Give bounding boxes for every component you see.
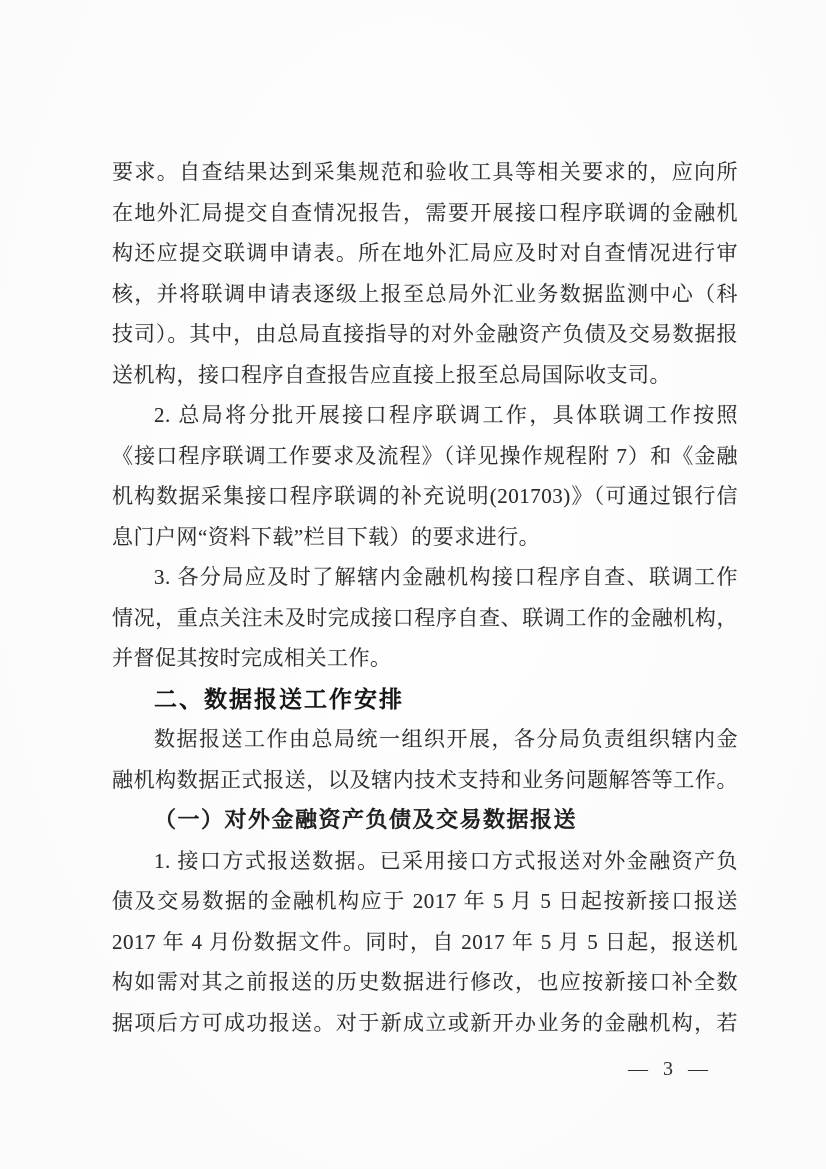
paragraph: 1. 接口方式报送数据。已采用接口方式报送对外金融资产负债及交易数据的金融机构应… (112, 841, 738, 1044)
document-page: 要求。自查结果达到采集规范和验收工具等相关要求的，应向所在地外汇局提交自查情况报… (0, 0, 826, 1169)
text-line: 核，并将联调申请表逐级上报至总局外汇业务数据监测中心（科 (112, 274, 738, 315)
text-line: 1. 接口方式报送数据。已采用接口方式报送对外金融资产负 (112, 841, 738, 882)
text-line: 数据报送工作由总局统一组织开展，各分局负责组织辖内金 (112, 719, 738, 760)
paragraph: 3. 各分局应及时了解辖内金融机构接口程序自查、联调工作情况，重点关注未及时完成… (112, 557, 738, 679)
text-line: 送机构，接口程序自查报告应直接上报至总局国际收支司。 (112, 355, 738, 396)
text-line: 构还应提交联调申请表。所在地外汇局应及时对自查情况进行审 (112, 233, 738, 274)
text-line: 息门户网“资料下载”栏目下载）的要求进行。 (112, 517, 738, 558)
text-line: 2. 总局将分批开展接口程序联调工作，具体联调工作按照 (112, 395, 738, 436)
text-line: 据项后方可成功报送。对于新成立或新开办业务的金融机构，若 (112, 1003, 738, 1044)
text-line: 技司）。其中，由总局直接指导的对外金融资产负债及交易数据报 (112, 314, 738, 355)
paragraph: 数据报送工作由总局统一组织开展，各分局负责组织辖内金融机构数据正式报送，以及辖内… (112, 719, 738, 800)
text-line: 机构数据采集接口程序联调的补充说明(201703)》（可通过银行信 (112, 476, 738, 517)
text-line: 构如需对其之前报送的历史数据进行修改，也应按新接口补全数 (112, 962, 738, 1003)
text-line: 3. 各分局应及时了解辖内金融机构接口程序自查、联调工作 (112, 557, 738, 598)
page-number: — 3 — (628, 1058, 713, 1081)
text-line: 债及交易数据的金融机构应于 2017 年 5 月 5 日起按新接口报送 (112, 881, 738, 922)
heading-text: （一）对外金融资产负债及交易数据报送 (112, 800, 738, 841)
text-line: 并督促其按时完成相关工作。 (112, 638, 738, 679)
text-line: 要求。自查结果达到采集规范和验收工具等相关要求的，应向所 (112, 152, 738, 193)
text-line: 情况，重点关注未及时完成接口程序自查、联调工作的金融机构， (112, 598, 738, 639)
heading-text: 二、数据报送工作安排 (112, 679, 738, 720)
document-body: 要求。自查结果达到采集规范和验收工具等相关要求的，应向所在地外汇局提交自查情况报… (112, 152, 738, 1043)
paragraph: 2. 总局将分批开展接口程序联调工作，具体联调工作按照《接口程序联调工作要求及流… (112, 395, 738, 557)
text-line: 2017 年 4 月份数据文件。同时，自 2017 年 5 月 5 日起，报送机 (112, 922, 738, 963)
text-line: 融机构数据正式报送，以及辖内技术支持和业务问题解答等工作。 (112, 760, 738, 801)
text-line: 在地外汇局提交自查情况报告，需要开展接口程序联调的金融机 (112, 193, 738, 234)
paragraph: 要求。自查结果达到采集规范和验收工具等相关要求的，应向所在地外汇局提交自查情况报… (112, 152, 738, 395)
section-heading2: （一）对外金融资产负债及交易数据报送 (112, 800, 738, 841)
text-line: 《接口程序联调工作要求及流程》（详见操作规程附 7）和《金融 (112, 436, 738, 477)
section-heading1: 二、数据报送工作安排 (112, 679, 738, 720)
